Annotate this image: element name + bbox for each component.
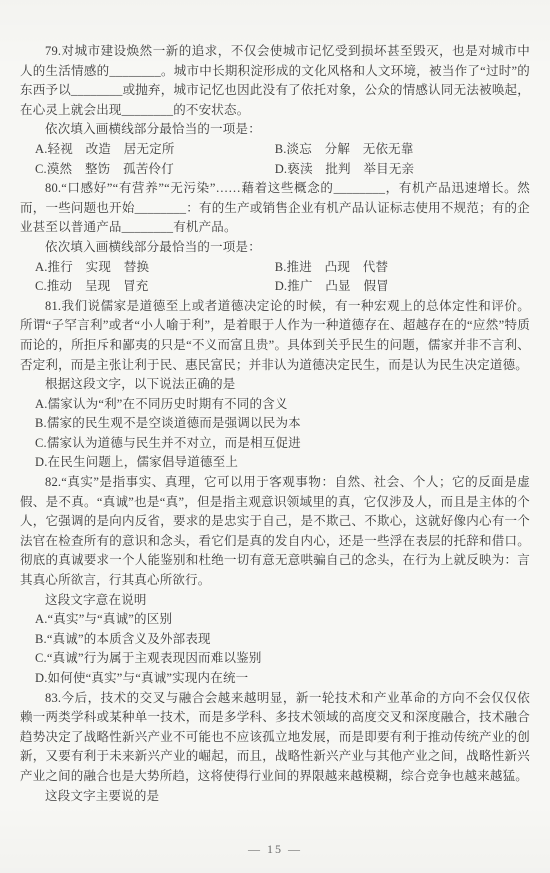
option-a: A.轻视 改造 居无定所 <box>20 140 260 160</box>
option-b: B.儒家的民生观不是空谈道德而是强调以民为本 <box>20 414 530 434</box>
question-79: 79.对城市建设焕然一新的追求，不仅会使城市记忆受到损坏甚至毁灭，也是对城市中人… <box>20 42 530 179</box>
page-number: — 15 — <box>0 842 550 857</box>
question-82-options: A.“真实”与“真诚”的区别 B.“真诚”的本质含义及外部表现 C.“真诚”行为… <box>20 610 530 688</box>
question-83-stem: 83.今后，技术的交叉与融合会越来越明显，新一轮技术和产业革命的方向不会仅仅依赖… <box>20 689 530 787</box>
option-c: C.漠然 整饬 孤苦伶仃 <box>20 160 260 180</box>
question-80-prompt: 依次填入画横线部分最恰当的一项是： <box>20 238 530 258</box>
option-d: D.在民生问题上，儒家倡导道德至上 <box>20 453 530 473</box>
question-82-prompt: 这段文字意在说明 <box>20 591 530 611</box>
option-d: D.推广 凸显 假冒 <box>260 277 530 297</box>
exam-page: 79.对城市建设焕然一新的追求，不仅会使城市记忆受到损坏甚至毁灭，也是对城市中人… <box>0 0 550 873</box>
question-80-options: A.推行 实现 替换 B.推进 凸现 代替 C.推动 呈现 冒充 D.推广 凸显… <box>20 258 530 297</box>
question-80: 80.“口感好”“有营养”“无污染”……藉着这些概念的________，有机产品… <box>20 179 530 297</box>
option-c: C.推动 呈现 冒充 <box>20 277 260 297</box>
option-d: D.亵渎 批判 举目无亲 <box>260 160 530 180</box>
question-79-stem: 79.对城市建设焕然一新的追求，不仅会使城市记忆受到损坏甚至毁灭，也是对城市中人… <box>20 42 530 120</box>
question-81-prompt: 根据这段文字，以下说法正确的是 <box>20 375 530 395</box>
question-79-prompt: 依次填入画横线部分最恰当的一项是： <box>20 120 530 140</box>
option-b: B.推进 凸现 代替 <box>260 258 530 278</box>
question-83: 83.今后，技术的交叉与融合会越来越明显，新一轮技术和产业革命的方向不会仅仅依赖… <box>20 689 530 807</box>
question-82-stem: 82.“真实”是指事实、真理，它可以用于客观事物：自然、社会、个人；它的反面是虚… <box>20 473 530 591</box>
question-81: 81.我们说儒家是道德至上或者道德决定论的时候，有一种宏观上的总体定性和评价。所… <box>20 297 530 473</box>
question-79-options: A.轻视 改造 居无定所 B.淡忘 分解 无依无靠 C.漠然 整饬 孤苦伶仃 D… <box>20 140 530 179</box>
option-a: A.儒家认为“利”在不同历史时期有不同的含义 <box>20 395 530 415</box>
option-a: A.推行 实现 替换 <box>20 258 260 278</box>
question-83-prompt: 这段文字主要说的是 <box>20 787 530 807</box>
option-c: C.“真诚”行为属于主观表现因而难以鉴别 <box>20 649 530 669</box>
question-80-stem: 80.“口感好”“有营养”“无污染”……藉着这些概念的________，有机产品… <box>20 179 530 238</box>
option-d: D.如何使“真实”与“真诚”实现内在统一 <box>20 669 530 689</box>
question-82: 82.“真实”是指事实、真理，它可以用于客观事物：自然、社会、个人；它的反面是虚… <box>20 473 530 689</box>
question-81-options: A.儒家认为“利”在不同历史时期有不同的含义 B.儒家的民生观不是空谈道德而是强… <box>20 395 530 473</box>
option-c: C.儒家认为道德与民生并不对立，而是相互促进 <box>20 434 530 454</box>
question-81-stem: 81.我们说儒家是道德至上或者道德决定论的时候，有一种宏观上的总体定性和评价。所… <box>20 297 530 375</box>
option-b: B.淡忘 分解 无依无靠 <box>260 140 530 160</box>
option-b: B.“真诚”的本质含义及外部表现 <box>20 630 530 650</box>
option-a: A.“真实”与“真诚”的区别 <box>20 610 530 630</box>
